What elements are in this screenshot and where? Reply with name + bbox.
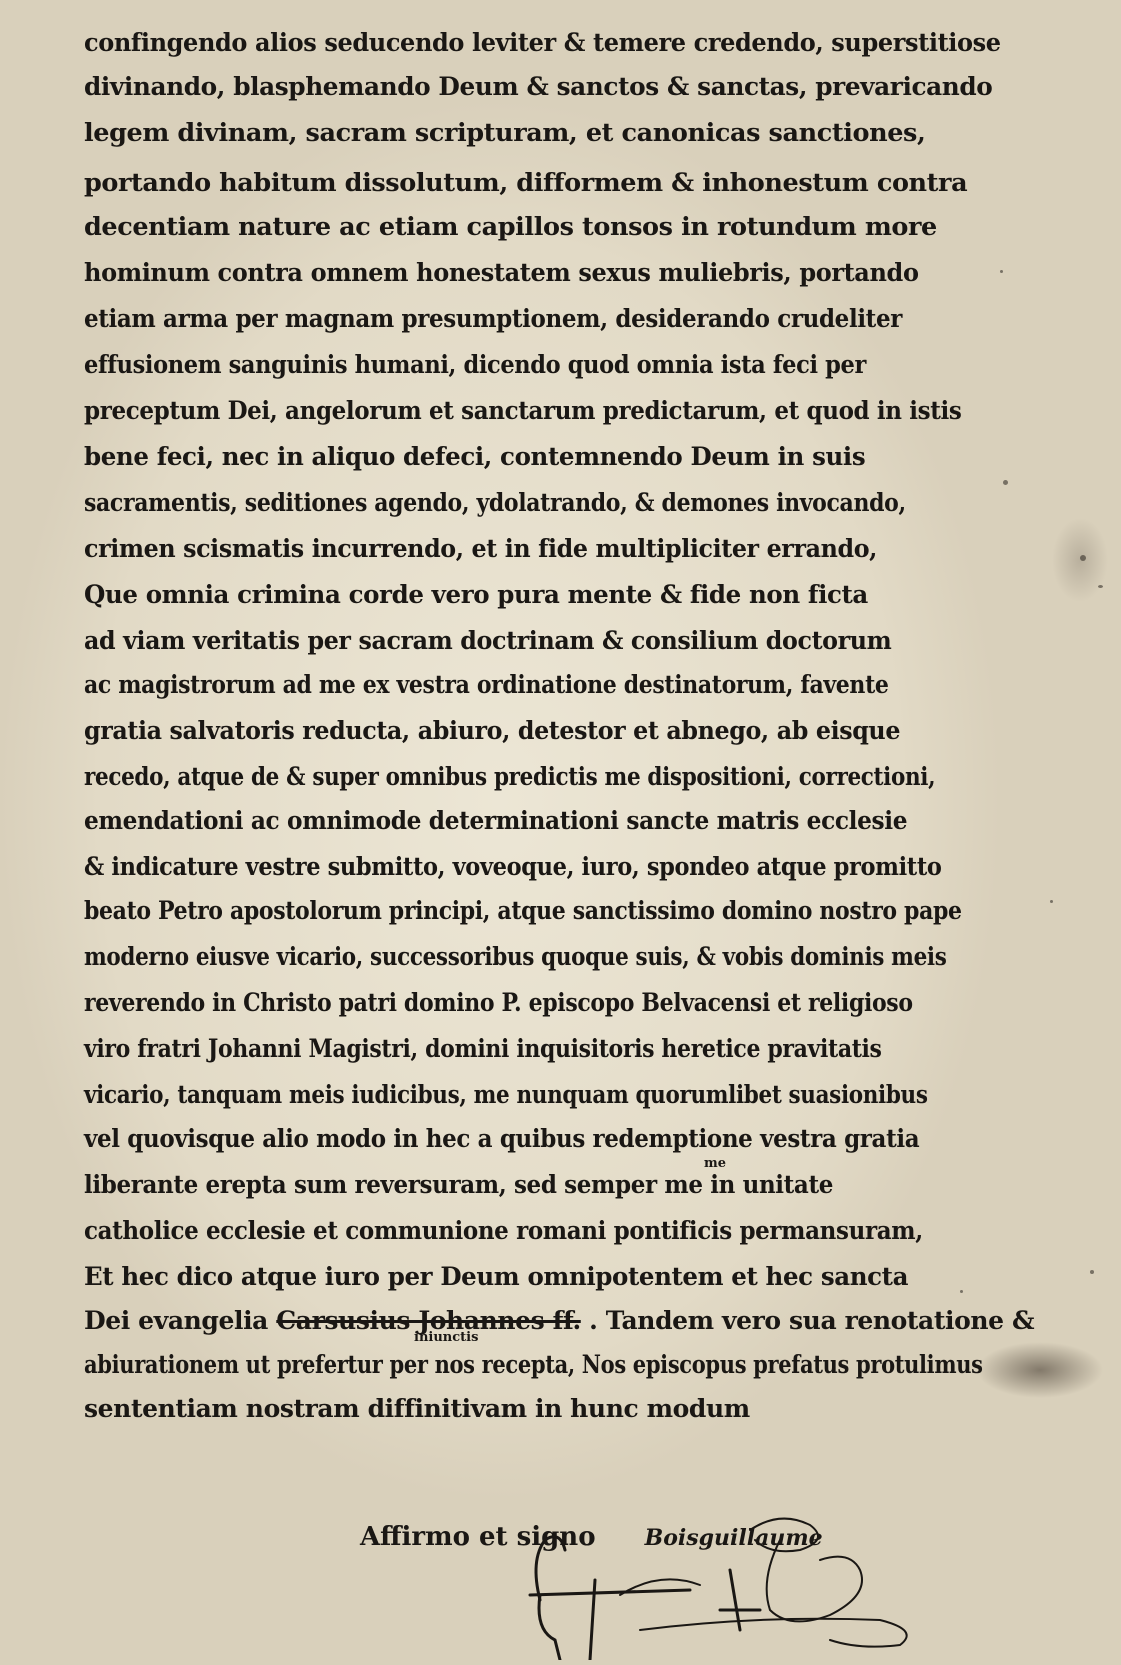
- text-line: legem divinam, sacram scripturam, et can…: [84, 118, 925, 147]
- text-segment: Dei evangelia: [84, 1306, 268, 1335]
- text-line: vicario, tanquam meis iudicibus, me nunq…: [84, 1080, 928, 1109]
- text-line: catholice ecclesie et communione romani …: [84, 1216, 923, 1245]
- text-line: reverendo in Christo patri domino P. epi…: [84, 988, 913, 1017]
- text-line-with-strike: Dei evangelia Carsusius Johannes ff. . T…: [84, 1306, 1034, 1335]
- text-line: liberante erepta sum reversuram, sed sem…: [84, 1170, 833, 1199]
- text-line: & indicature vestre submitto, voveoque, …: [84, 852, 942, 881]
- affirmation-text: Affirmo et signo: [360, 1522, 596, 1552]
- text-line: abiurationem ut prefertur per nos recept…: [84, 1350, 983, 1379]
- ink-speck: [960, 1290, 963, 1293]
- signature-block: Affirmo et signo Boisguillaume: [360, 1500, 980, 1660]
- interlinear-insertion: me: [704, 1156, 726, 1171]
- text-line: emendationi ac omnimode determinationi s…: [84, 806, 907, 835]
- ink-speck: [1000, 270, 1003, 273]
- text-line: decentiam nature ac etiam capillos tonso…: [84, 212, 937, 241]
- text-line: portando habitum dissolutum, difformem &…: [84, 168, 967, 197]
- ink-speck: [1003, 480, 1008, 485]
- interlinear-insertion: iniunctis: [414, 1330, 478, 1345]
- text-line: gratia salvatoris reducta, abiuro, detes…: [84, 716, 900, 745]
- text-line: crimen scismatis incurrendo, et in fide …: [84, 534, 877, 563]
- text-line: preceptum Dei, angelorum et sanctarum pr…: [84, 396, 961, 425]
- text-line: beato Petro apostolorum principi, atque …: [84, 896, 962, 925]
- text-line: bene feci, nec in aliquo defeci, contemn…: [84, 442, 865, 471]
- text-line: divinando, blasphemando Deum & sanctos &…: [84, 72, 992, 101]
- text-line: confingendo alios seducendo leviter & te…: [84, 28, 1001, 57]
- signature-name: Boisguillaume: [645, 1525, 823, 1551]
- text-line: ad viam veritatis per sacram doctrinam &…: [84, 626, 891, 655]
- text-line: viro fratri Johanni Magistri, domini inq…: [84, 1034, 882, 1063]
- text-line: recedo, atque de & super omnibus predict…: [84, 762, 935, 791]
- ink-speck: [1050, 900, 1053, 903]
- text-segment: . Tandem vero sua renotatione &: [589, 1306, 1034, 1335]
- signature-text: Affirmo et signo Boisguillaume: [360, 1522, 823, 1552]
- ink-speck: [1098, 585, 1103, 588]
- text-line: Que omnia crimina corde vero pura mente …: [84, 580, 868, 609]
- text-line: sacramentis, seditiones agendo, ydolatra…: [84, 488, 906, 517]
- ink-speck: [1080, 555, 1086, 561]
- text-line: sententiam nostram diffinitivam in hunc …: [84, 1394, 750, 1423]
- text-line: effusionem sanguinis humani, dicendo quo…: [84, 350, 866, 379]
- text-line: etiam arma per magnam presumptionem, des…: [84, 304, 902, 333]
- ink-speck: [1090, 1270, 1094, 1274]
- text-line: ac magistrorum ad me ex vestra ordinatio…: [84, 670, 889, 699]
- text-line: vel quovisque alio modo in hec a quibus …: [84, 1124, 919, 1153]
- text-line: hominum contra omnem honestatem sexus mu…: [84, 258, 919, 287]
- text-line: Et hec dico atque iuro per Deum omnipote…: [84, 1262, 908, 1291]
- text-line: moderno eiusve vicario, successoribus qu…: [84, 942, 946, 971]
